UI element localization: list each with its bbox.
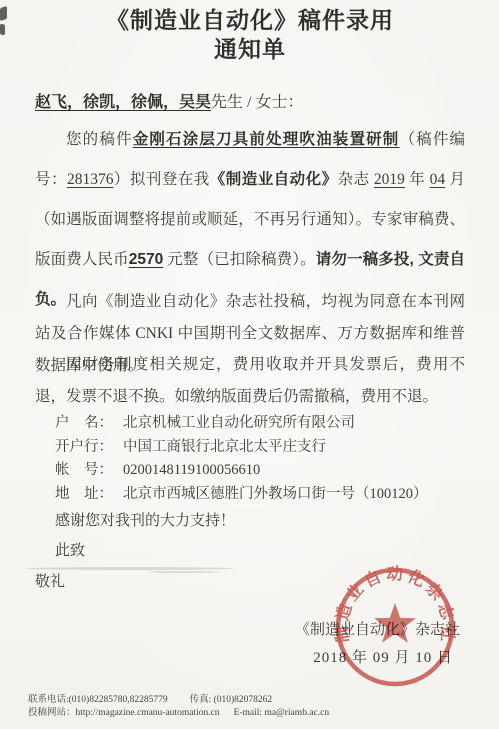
account-row: 户 名：北京机械工业自动化研究所有限公司 bbox=[55, 412, 465, 436]
bank-branch-label: 开户行： bbox=[55, 439, 113, 455]
bank-account-info: 户 名：北京机械工业自动化研究所有限公司 开户行：中国工商银行北京北太平庄支行 … bbox=[35, 412, 465, 506]
scan-artifact bbox=[25, 567, 235, 570]
account-row: 地 址：北京市西城区德胜门外教场口街一号（100120） bbox=[55, 483, 465, 507]
manuscript-title: 金刚石涂层刀具前处理吹油装置研制 bbox=[133, 131, 400, 148]
bank-branch-value: 中国工商银行北京北太平庄支行 bbox=[123, 439, 326, 455]
email-label: E-mail: bbox=[234, 708, 263, 718]
document-title: 《制造业自动化》稿件录用 通知单 bbox=[35, 6, 465, 64]
address-label: 地 址： bbox=[55, 486, 113, 502]
scanned-acceptance-notice: 《制造业自动化》稿件录用 通知单 赵飞，徐凯，徐佩，吴昊先生 / 女士： 您的稿… bbox=[0, 0, 499, 729]
text-segment: ）拟刊登在我 bbox=[113, 171, 209, 188]
greeting-line: 赵飞，徐凯，徐佩，吴昊先生 / 女士： bbox=[35, 92, 465, 114]
fee-amount: 2570 bbox=[129, 251, 163, 268]
footer-line-2: 投稿网站：http://magazine.cmanu-automation.cn… bbox=[28, 707, 479, 720]
account-number-value: 0200148119100056610 bbox=[123, 462, 260, 478]
scan-artifact bbox=[0, 24, 5, 36]
publish-month: 04 bbox=[430, 171, 446, 188]
email-value: ma@riamb.ac.cn bbox=[264, 708, 329, 718]
text-segment: 您的稿件 bbox=[66, 131, 133, 148]
footer-line-1: 联系电话:(010)82285780,82285779传真: (010)8207… bbox=[28, 694, 479, 707]
journal-name: 《制造业自动化》 bbox=[210, 171, 338, 188]
site-label: 投稿网站： bbox=[28, 708, 76, 718]
footer-contact: 联系电话:(010)82285780,82285779传真: (010)8207… bbox=[28, 694, 479, 719]
recipient-names: 赵飞，徐凯，徐佩，吴昊 bbox=[35, 94, 211, 111]
publish-year: 2019 bbox=[374, 171, 405, 188]
phone-value: (010)82285780,82285779 bbox=[69, 695, 168, 705]
phone-label: 联系电话: bbox=[28, 695, 69, 705]
address-value: 北京市西城区德胜门外教场口街一号（100120） bbox=[123, 486, 428, 502]
account-row: 帐 号：0200148119100056610 bbox=[55, 459, 465, 483]
fax-value: (010)82078262 bbox=[214, 695, 273, 705]
text-segment: 年 bbox=[405, 171, 430, 188]
paragraph-refund-policy: 因财务制度相关规定，费用收取并开具发票后，费用不退，发票不退不换。如缴纳版面费后… bbox=[35, 349, 465, 413]
text-segment: 杂志 bbox=[338, 171, 374, 188]
closing-jingli: 敬礼 bbox=[35, 571, 465, 593]
title-line-2: 通知单 bbox=[35, 35, 465, 64]
manuscript-number: 281376 bbox=[67, 171, 114, 188]
account-row: 开户行：中国工商银行北京北太平庄支行 bbox=[55, 436, 465, 460]
signature-journal-office: 《制造业自动化》杂志社 bbox=[35, 620, 460, 640]
account-name-value: 北京机械工业自动化研究所有限公司 bbox=[123, 415, 355, 431]
scan-artifact bbox=[0, 6, 7, 21]
thanks-line: 感谢您对我刊的大力支持！ bbox=[35, 509, 465, 533]
signature-date: 2018 年 09 月 10 日 bbox=[35, 648, 453, 668]
account-name-label: 户 名： bbox=[55, 415, 113, 431]
text-segment: 元整（已扣除稿费）。 bbox=[163, 251, 316, 268]
closing-cizhi: 此致 bbox=[35, 540, 465, 562]
site-value: http://magazine.cmanu-automation.cn bbox=[76, 708, 220, 718]
greeting-suffix: 先生 / 女士： bbox=[211, 94, 303, 111]
account-number-label: 帐 号： bbox=[55, 462, 113, 478]
fax-label: 传真: bbox=[190, 695, 212, 705]
title-line-1: 《制造业自动化》稿件录用 bbox=[35, 6, 465, 35]
